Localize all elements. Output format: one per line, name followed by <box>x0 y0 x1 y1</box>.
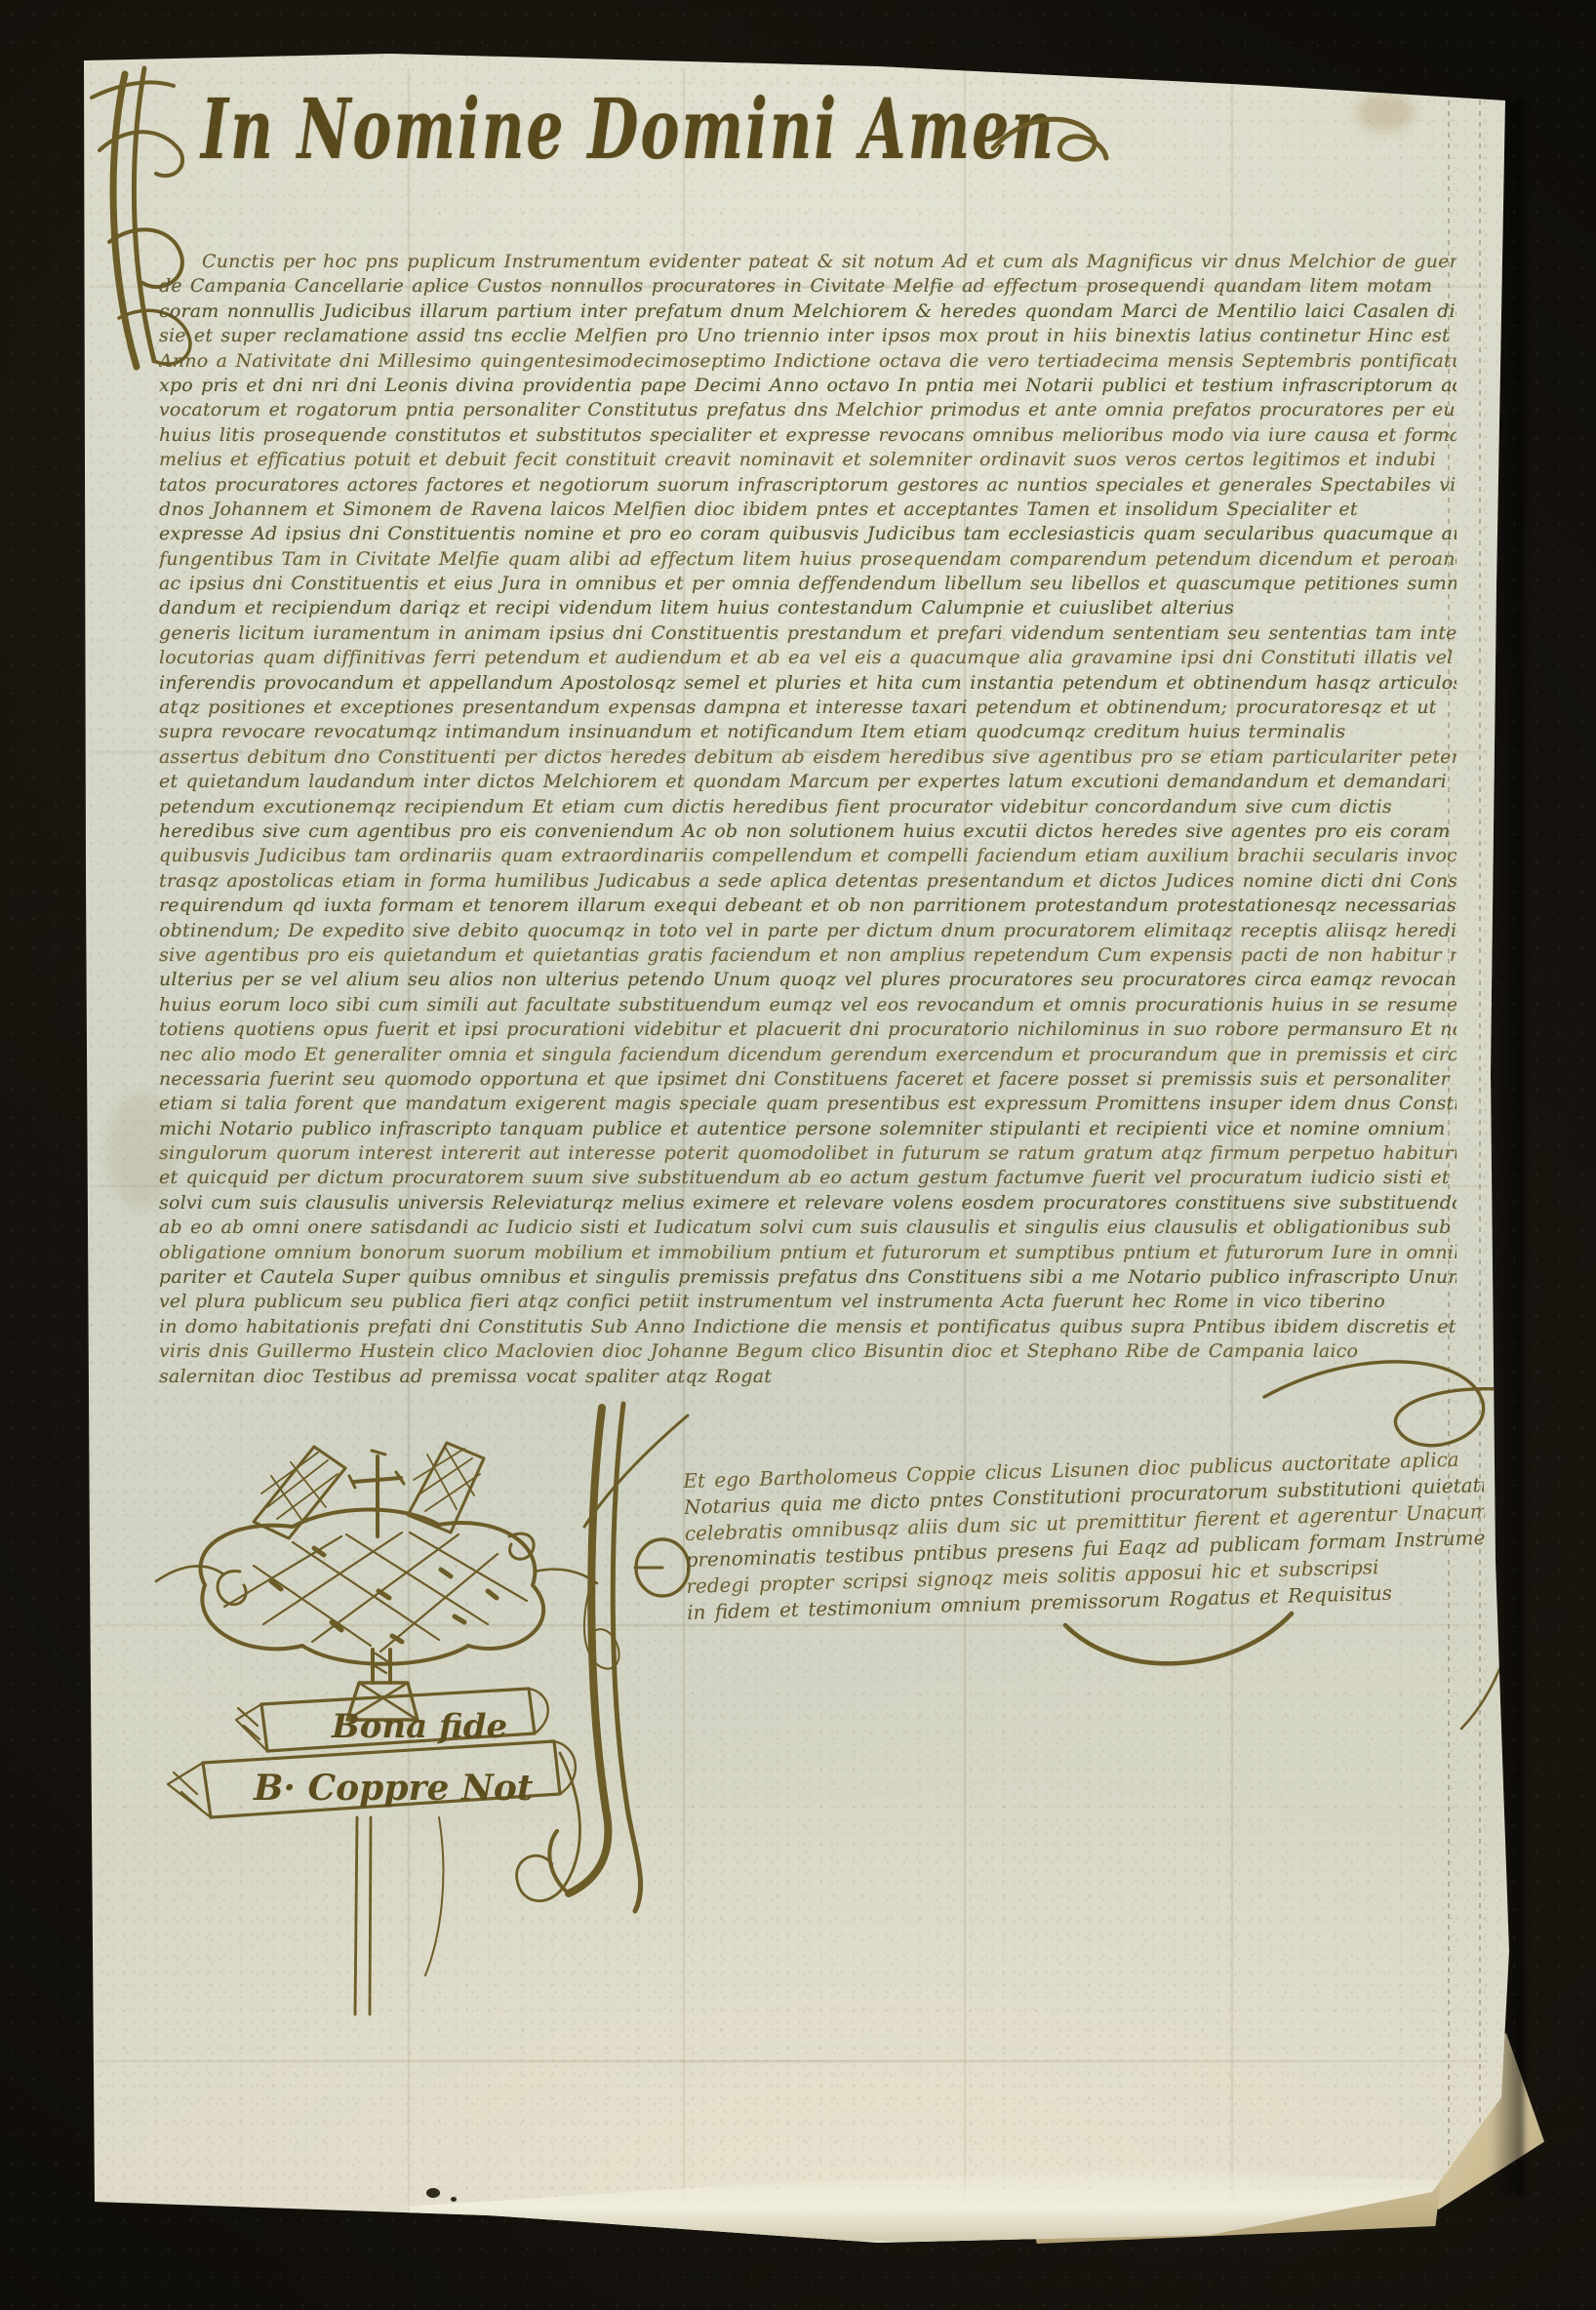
text-line: solvi cum suis clausulis universis Relev… <box>159 1191 1456 1215</box>
text-line: xpo pris et dni nri dni Leonis divina pr… <box>159 374 1456 398</box>
text-line: dnos Johannem et Simonem de Ravena laico… <box>159 498 1456 522</box>
text-line: Anno a Nativitate dni Millesimo quingent… <box>159 349 1456 374</box>
stitch-line <box>1479 68 1481 2205</box>
text-line: fungentibus Tam in Civitate Melfie quam … <box>159 547 1456 572</box>
text-line: ac ipsius dni Constituentis et eius Jura… <box>159 572 1456 596</box>
text-line: singulorum quorum interest intererit aut… <box>159 1141 1456 1166</box>
ink-spot <box>451 2197 457 2202</box>
notarial-sign-drawing: Bona fide B· Coppre Not <box>146 1390 605 2034</box>
text-line: expresse Ad ipsius dni Constituentis nom… <box>159 522 1456 546</box>
text-line: locutorias quam diffinitivas ferri peten… <box>159 646 1456 670</box>
text-line: vocatorum et rogatorum pntia personalite… <box>159 398 1456 422</box>
body-text: Cunctis per hoc pns puplicum Instrumentu… <box>159 250 1456 1389</box>
text-line: supra revocare revocatumqz intimandum in… <box>159 720 1456 744</box>
text-line: heredibus sive cum agentibus pro eis con… <box>159 819 1456 844</box>
text-line: generis licitum iuramentum in animam ips… <box>159 621 1456 646</box>
text-line: pariter et Cautela Super quibus omnibus … <box>159 1265 1456 1290</box>
ink-spot <box>1169 2239 1180 2245</box>
text-line: inferendis provocandum et appellandum Ap… <box>159 671 1456 696</box>
text-line: de Campania Cancellarie aplice Custos no… <box>159 274 1456 299</box>
stain <box>1356 93 1415 132</box>
text-line: Cunctis per hoc pns puplicum Instrumentu… <box>159 250 1456 274</box>
attestation-underline-flourish <box>1054 1588 1307 1695</box>
text-line: et quicquid per dictum procuratorem suum… <box>159 1166 1456 1190</box>
banner-top-text: Bona fide <box>331 1707 507 1746</box>
document-title: In Nomine Domini Amen <box>201 82 1020 179</box>
text-line: michi Notario publico infrascripto tanqu… <box>159 1117 1456 1141</box>
text-line: totiens quotiens opus fuerit et ipsi pro… <box>159 1017 1456 1042</box>
text-line: ulterius per se vel alium seu alios non … <box>159 968 1456 992</box>
text-line: dandum et recipiendum dariqz et recipi v… <box>159 596 1456 620</box>
text-line: quibusvis Judicibus tam ordinariis quam … <box>159 844 1456 868</box>
text-line: petendum excutionemqz recipiendum Et eti… <box>159 795 1456 819</box>
text-line: huius litis prosequende constitutos et s… <box>159 423 1456 448</box>
parchment-sheet: In Nomine Domini Amen Cunctis per hoc pn… <box>0 0 1596 2310</box>
text-line: trasqz apostolicas etiam in forma humili… <box>159 869 1456 894</box>
banner-bottom-text: B· Coppre Not <box>253 1768 534 1809</box>
text-line: requirendum qd iuxta formam et tenorem i… <box>159 894 1456 918</box>
text-line: atqz positiones et exceptiones presentan… <box>159 696 1456 720</box>
text-line: assertus debitum dno Constituenti per di… <box>159 745 1456 770</box>
text-line: obligatione omnium bonorum suorum mobili… <box>159 1241 1456 1265</box>
text-line: nec alio modo Et generaliter omnia et si… <box>159 1043 1456 1067</box>
text-line: necessaria fuerint seu quomodo opportuna… <box>159 1067 1456 1092</box>
text-line: ab eo ab omni onere satisdandi ac Iudici… <box>159 1215 1456 1240</box>
header-end-flourish-icon <box>985 98 1112 185</box>
text-line: huius eorum loco sibi cum simili aut fac… <box>159 993 1456 1017</box>
photograph-background: { "document": { "header": { "text": "In … <box>0 0 1596 2310</box>
text-line: etiam si talia forent que mandatum exige… <box>159 1092 1456 1116</box>
ink-spot <box>426 2188 440 2198</box>
text-line: vel plura publicum seu publica fieri atq… <box>159 1290 1456 1314</box>
right-margin-flourish <box>1442 1432 1539 1744</box>
text-line: tatos procuratores actores factores et n… <box>159 473 1456 498</box>
text-line: obtinendum; De expedito sive debito quoc… <box>159 919 1456 943</box>
text-line: melius et efficatius potuit et debuit fe… <box>159 448 1456 472</box>
text-line: coram nonnullis Judicibus illarum partiu… <box>159 299 1456 324</box>
text-line: sie et super reclamatione assid tns eccl… <box>159 324 1456 348</box>
text-line: et quietandum laudandum inter dictos Mel… <box>159 770 1456 794</box>
text-line: sive agentibus pro eis quietandum et qui… <box>159 943 1456 968</box>
fold-crease <box>93 2060 1488 2062</box>
